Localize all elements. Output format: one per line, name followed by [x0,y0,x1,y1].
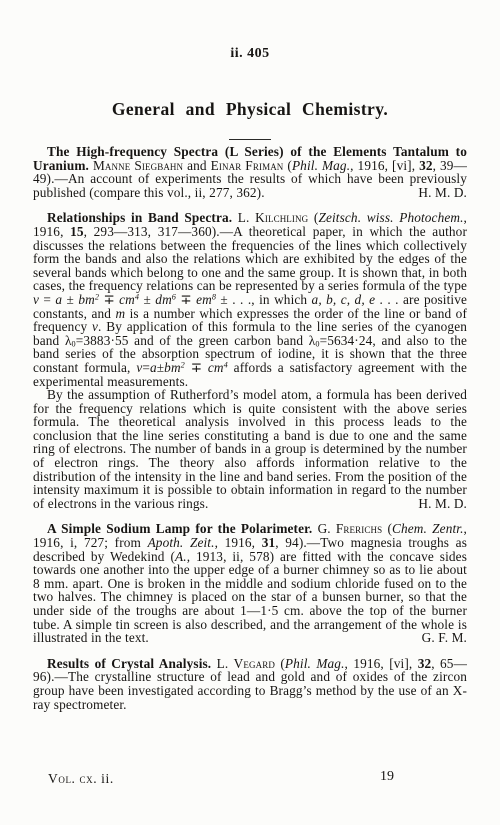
text-segment: ∓ [185,360,208,375]
text-segment: , 293—313, 317—360).—A theoretical paper… [33,224,467,293]
volume-footer: Vol. cx. ii. [48,771,114,787]
text-segment: By the assumption of Rutherford’s model … [33,387,467,511]
journal-page: ii. 405 General and Physical Chemistry. … [0,0,500,825]
text-segment: cm [208,360,224,375]
abstractor-initials: G. F. M. [408,631,467,645]
signature-number: 19 [380,769,394,785]
volume-label: Vol. cx. [48,771,97,786]
abstract-kilchling-continued: By the assumption of Rutherford’s model … [33,388,467,510]
title-rule [229,139,271,140]
text-segment: , 1913, ii, 578) are fitted with the con… [33,549,467,646]
abstract-vegard: Results of Crystal Analysis. L. Vegard (… [33,657,467,711]
abstract-kilchling: Relationships in Band Spectra. L. Kilchl… [33,211,467,388]
volume-part: ii. [101,771,114,786]
page-folio: ii. 405 [0,46,500,62]
abstracts: The High-frequency Spectra (L Series) of… [33,145,467,711]
abstractor-initials: H. M. D. [404,497,467,511]
abstract-frerichs: A Simple Sodium Lamp for the Polarimeter… [33,522,467,644]
abstract-siegbahn-friman: The High-frequency Spectra (L Series) of… [33,145,467,199]
abstractor-initials: H. M. D. [404,186,467,200]
section-title: General and Physical Chemistry. [0,99,500,120]
